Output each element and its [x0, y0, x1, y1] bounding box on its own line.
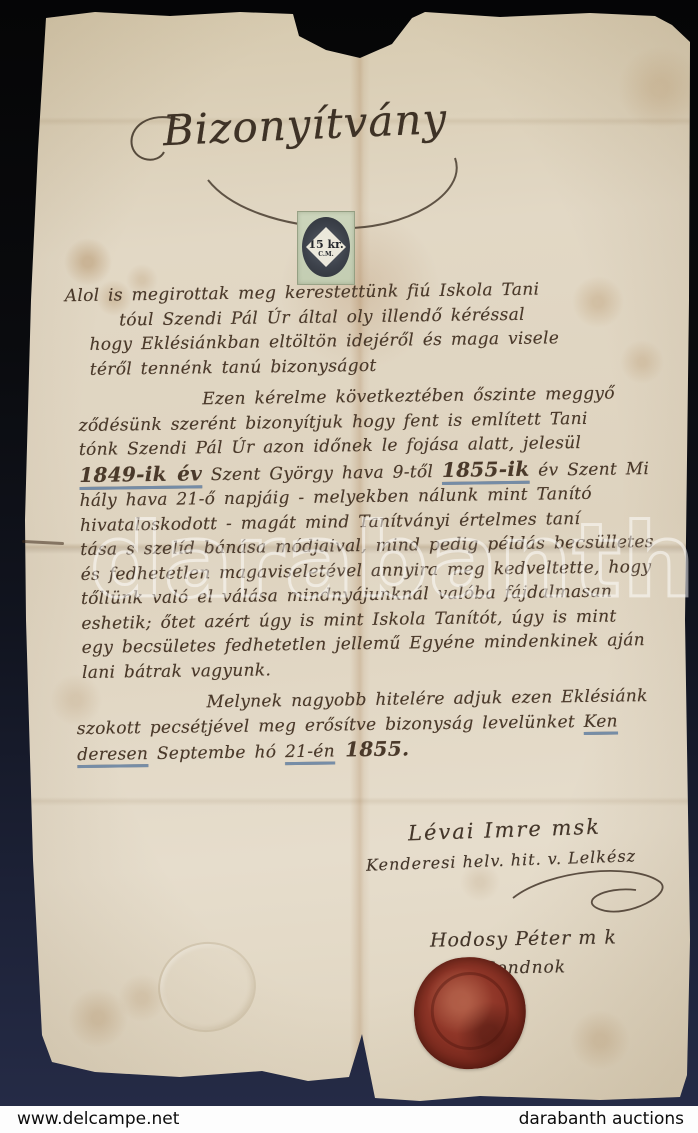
handwritten-body: Alol is megirottak meg kerestettünk fiú …	[63, 276, 672, 768]
footer-url: www.delcampe.net	[17, 1109, 179, 1129]
line-text: Septembe hó	[148, 742, 285, 764]
line-text: Szent György hava 9-től	[202, 461, 442, 484]
date-day: 21-én	[285, 741, 335, 762]
auction-photo: Bizonyítvány 15 kr. C.M. Alol is megirot…	[0, 0, 698, 1133]
stamp-currency: C.M.	[306, 251, 346, 258]
place-kenderes-part: Ken	[584, 711, 618, 731]
stamp-diamond-icon: 15 kr. C.M.	[306, 227, 346, 267]
wax-seal-inner-ring	[427, 968, 513, 1054]
revenue-stamp: 15 kr. C.M.	[297, 211, 355, 285]
stamp-value: 15 kr.	[306, 238, 346, 251]
signature-secondary-name: Hodosy Péter m k	[430, 926, 617, 951]
date-1855: 1855-ik	[442, 456, 530, 481]
footer-brand: darabanth auctions	[519, 1109, 684, 1129]
date-1849: 1849-ik év	[79, 461, 202, 487]
stamp-rosette-icon: 15 kr. C.M.	[302, 217, 350, 277]
place-deresen: deresen	[77, 744, 148, 765]
line-text: év Szent Mi	[529, 459, 649, 481]
footer-bar: www.delcampe.net darabanth auctions	[0, 1106, 698, 1133]
date-year: 1855.	[335, 736, 410, 761]
line-text: szokott pecsétjével meg erősítve bizonys…	[77, 711, 584, 738]
